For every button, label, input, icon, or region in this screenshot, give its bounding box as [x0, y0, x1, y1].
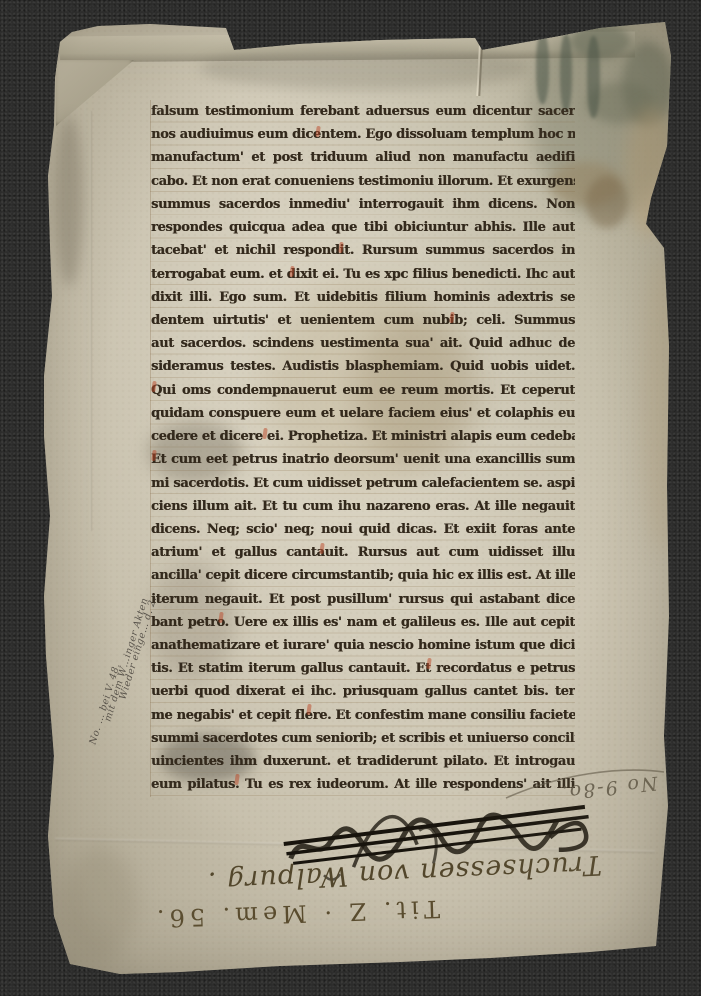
text-line: summus sacerdos inmediu' interrogauit ih…	[151, 193, 575, 216]
text-line: sideramus testes. Audistis blasphemiam. …	[151, 355, 575, 378]
text-line: summi sacerdotes cum seniorib; et scribi…	[151, 727, 575, 750]
text-line: Et cum eet petrus inatrio deorsum' uenit…	[151, 448, 575, 471]
text-line: ancilla' cepit dicere circumstantib; qui…	[151, 564, 575, 587]
main-text-block: falsum testimonium ferebant aduersus eum…	[150, 100, 575, 797]
ink-offset-bar-3	[587, 36, 600, 118]
shelfmark-inscription: Tit. Z · Mem. 56.	[130, 895, 441, 934]
stain-tan-right	[625, 106, 677, 236]
text-line: Qui oms condempnauerut eum ee reum morti…	[151, 379, 575, 402]
text-line: dixit illi. Ego sum. Et uidebitis filium…	[151, 286, 575, 309]
text-line: aut sacerdos. scindens uestimenta sua' a…	[151, 332, 575, 355]
photo-background: falsum testimonium ferebant aduersus eum…	[0, 0, 701, 996]
top-edge-crack-shadow	[478, 30, 483, 96]
text-line: cedere et dicere ei. Prophetiza. Et mini…	[151, 425, 575, 448]
waterstain-right-edge	[642, 251, 684, 551]
stain-bottom-left-corner	[62, 846, 137, 961]
text-line: nos audiuimus eum dicentem. Ego dissolua…	[151, 123, 575, 146]
text-line: me negabis' et cepit flere. Et confestim…	[151, 704, 575, 727]
ink-offset-bar-1	[536, 32, 549, 104]
text-line: manufactum' et post triduum aliud non ma…	[151, 146, 575, 169]
text-line: quidam conspuere eum et uelare faciem ei…	[151, 402, 575, 425]
text-line: falsum testimonium ferebant aduersus eum…	[151, 100, 575, 123]
text-line: bant petro. Uere ex illis es' nam et gal…	[151, 611, 575, 634]
stain-left-edge	[55, 116, 83, 286]
text-line: anathematizare et iurare' quia nescio ho…	[151, 634, 575, 657]
text-line: tis. Et statim iterum gallus cantauit. E…	[151, 657, 575, 680]
text-line: cabo. Et non erat conueniens testimoniu …	[151, 170, 575, 193]
text-line: respondes quicqua adea que tibi obiciunt…	[151, 216, 575, 239]
text-line: terrogabat eum. et dixit ei. Tu es xpc f…	[151, 263, 575, 286]
crease-vertical-left	[90, 111, 92, 531]
text-line: iterum negauit. Et post pusillum' rursus…	[151, 588, 575, 611]
text-line: dentem uirtutis' et uenientem cum nubib;…	[151, 309, 575, 332]
text-line: mi sacerdotis. Et cum uidisset petrum ca…	[151, 472, 575, 495]
top-left-fold-corner	[56, 60, 134, 126]
text-line: atrium' et gallus cantauit. Rursus aut c…	[151, 541, 575, 564]
text-line: dicens. Neq; scio' neq; noui quid dicas.…	[151, 518, 575, 541]
stain-over-line5	[586, 176, 628, 228]
text-line: ciens illum ait. Et tu cum ihu nazareno …	[151, 495, 575, 518]
manuscript-leaf: falsum testimonium ferebant aduersus eum…	[30, 16, 675, 976]
text-line: uerbi quod dixerat ei ihc. priusquam gal…	[151, 680, 575, 703]
text-line: tacebat' et nichil respondit. Rursum sum…	[151, 239, 575, 262]
